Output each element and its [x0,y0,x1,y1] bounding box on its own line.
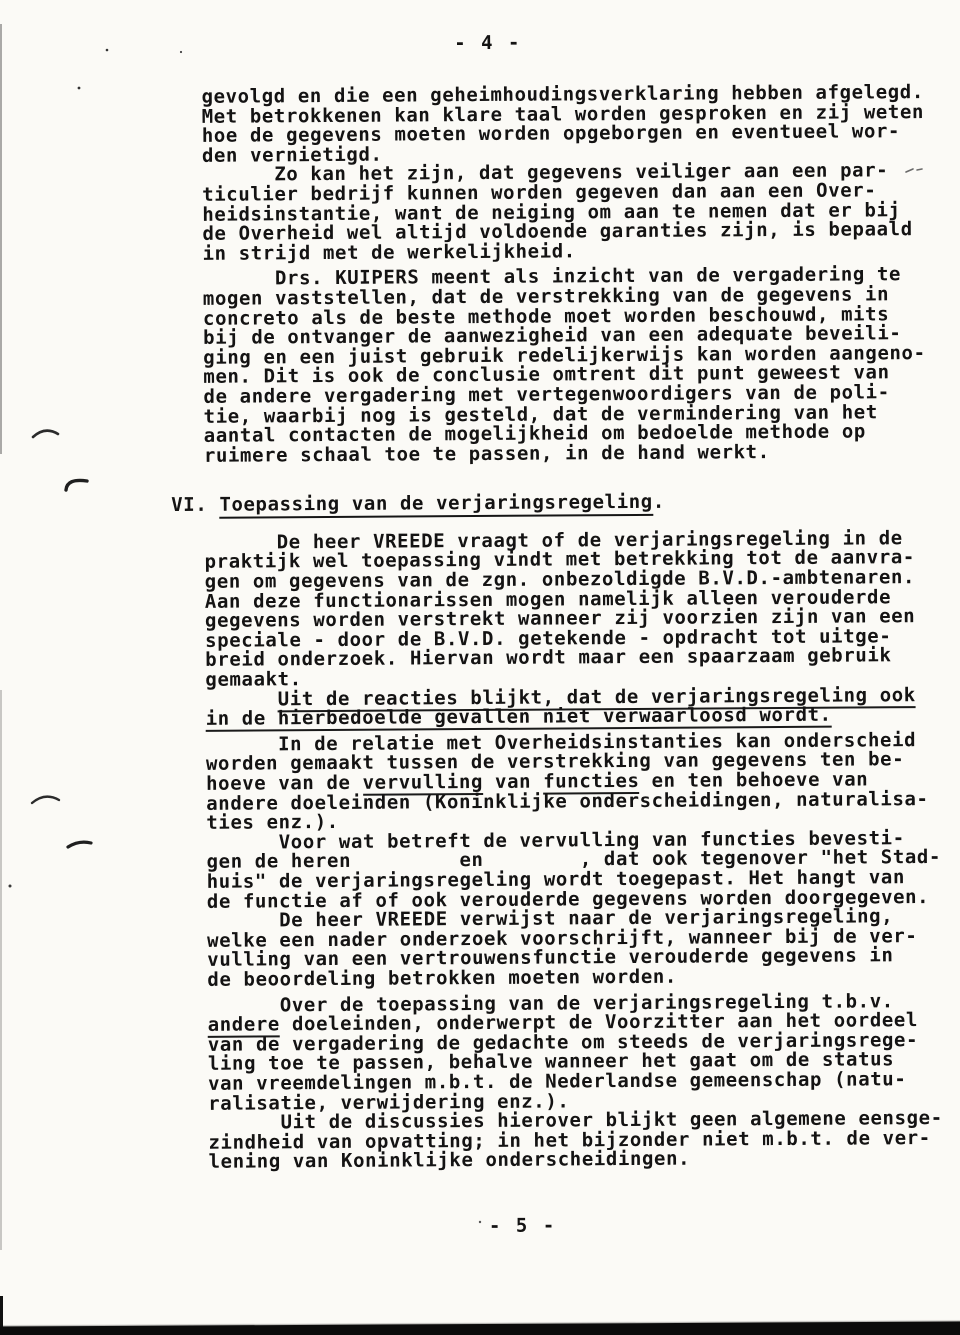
section-title-period: . [653,491,665,513]
section-number: VI. [171,494,207,516]
text-line: de beoordeling betrokken moeten worden. [207,966,960,991]
paragraph-block-2: De heer VREEDE vraagt of de verjaringsre… [204,529,960,1173]
text-line: ruimere schaal toe te passen, in de hand… [204,441,960,466]
page-number-bottom: - 5 - [489,1215,556,1237]
scanned-document-page: - 4 - gevolgd en die een geheimhoudingsv… [0,0,960,1335]
paragraph-block-1: gevolgd en die een geheimhoudingsverklar… [201,83,960,466]
text-line: lening van Koninklijke onderscheidingen. [209,1148,960,1173]
page-number-top: - 4 - [454,32,521,54]
section-title: Toepassing van de verjaringsregeling [219,491,653,519]
document-scan-area: - 4 - gevolgd en die een geheimhoudingsv… [0,0,960,1335]
section-heading: VI. Toepassing van de verjaringsregeling… [171,491,960,516]
text-line: in strijd met de werkelijkheid. [203,240,960,265]
document-body: gevolgd en die een geheimhoudingsverklar… [201,83,960,1173]
text-line: in de hierbedoelde gevallen niet verwaar… [206,705,960,730]
